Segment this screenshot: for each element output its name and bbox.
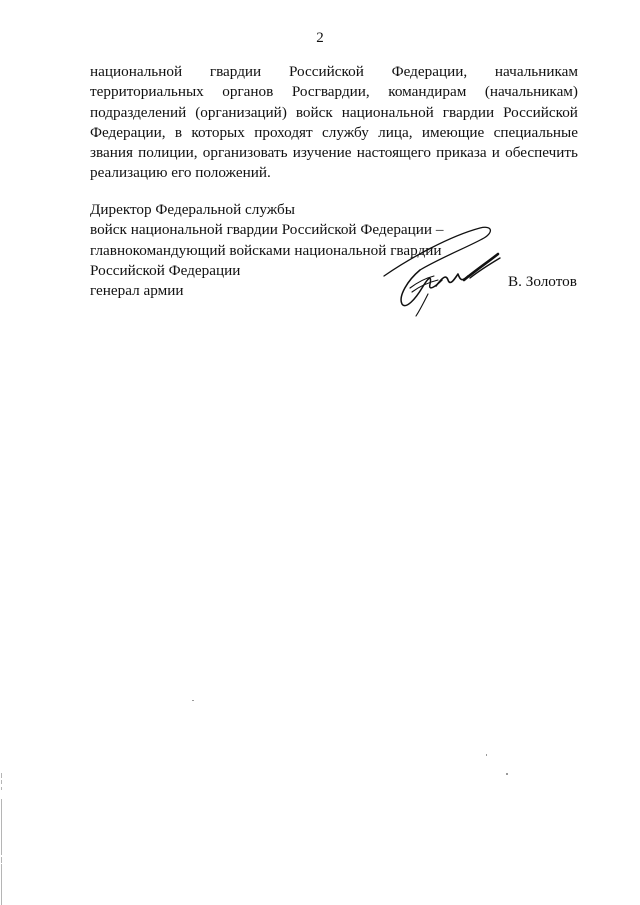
word: командирам (388, 82, 466, 102)
word: обеспечить (505, 143, 578, 163)
word: которых (191, 123, 244, 143)
word: национальной (90, 62, 182, 82)
scan-edge-line (1, 787, 2, 790)
word: приказа (436, 143, 486, 163)
body-line-2: территориальных органов Росгвардии, кома… (90, 82, 578, 102)
word: службу (322, 123, 369, 143)
word: в (175, 123, 182, 143)
word: Российской (503, 103, 578, 123)
body-line-6: реализацию его положений. (90, 163, 578, 183)
word: (начальникам) (485, 82, 578, 102)
word: настоящего (357, 143, 431, 163)
word: органов (222, 82, 273, 102)
word: территориальных (90, 82, 204, 102)
word: Федерации, (90, 123, 166, 143)
word: гвардии (443, 103, 494, 123)
word: реализацию его положений. (90, 164, 271, 181)
body-line-1: национальной гвардии Российской Федераци… (90, 62, 578, 82)
word: организовать (203, 143, 288, 163)
scan-speck (192, 700, 194, 701)
scan-speck (486, 754, 487, 756)
word: и (492, 143, 500, 163)
body-line-3: подразделений (организаций) войск национ… (90, 103, 578, 123)
word: специальные (494, 123, 578, 143)
page-number: 2 (0, 29, 640, 47)
word: национальной (342, 103, 434, 123)
word: войск (296, 103, 333, 123)
scan-edge-line (1, 780, 2, 784)
word: гвардии (210, 62, 261, 82)
body-line-5: звания полиции, организовать изучение на… (90, 143, 578, 163)
document-page: 2 национальной гвардии Российской Федера… (0, 0, 640, 905)
handwritten-signature-icon (380, 218, 510, 318)
word: полиции, (138, 143, 197, 163)
scan-edge-line (1, 857, 2, 863)
word: Росгвардии, (292, 82, 370, 102)
word: имеющие (422, 123, 484, 143)
word: подразделений (90, 103, 186, 123)
word: начальникам (495, 62, 578, 82)
word: проходят (254, 123, 312, 143)
body-line-4: Федерации, в которых проходят службу лиц… (90, 123, 578, 143)
body-paragraph: национальной гвардии Российской Федераци… (90, 62, 578, 184)
scan-edge-line (1, 799, 2, 855)
scan-edge-line (1, 773, 2, 778)
word: звания (90, 143, 133, 163)
word: Федерации, (392, 62, 468, 82)
word: (организаций) (195, 103, 287, 123)
word: лица, (378, 123, 412, 143)
scan-speck (506, 773, 508, 775)
scan-edge-line (1, 864, 2, 905)
word: изучение (293, 143, 352, 163)
signer-name: В. Золотов (508, 272, 577, 292)
word: Российской (289, 62, 364, 82)
